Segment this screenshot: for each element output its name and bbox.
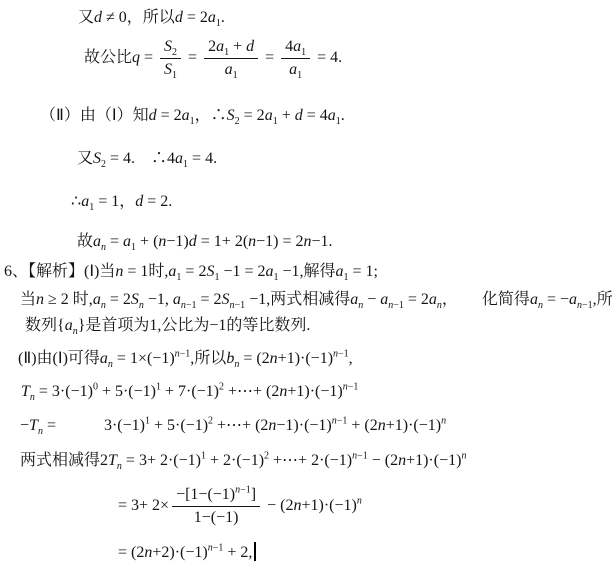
math-line-content: 两式相减得2Tn = 3+ 2·(−1)1 + 2·(−1)2 +⋯+ 2·(−… bbox=[20, 452, 466, 469]
subscript: n bbox=[358, 300, 363, 311]
math-line-content: 又S2 = 4. ∴4a1 = 4. bbox=[77, 150, 217, 167]
fraction-numerator: −[1−(−1)n−1] bbox=[172, 484, 260, 507]
math-line[interactable]: （Ⅱ）由（Ⅰ）知d = 2a1，∴S2 = 2a1 + d = 4a1. bbox=[40, 104, 345, 128]
subscript: n bbox=[38, 426, 43, 437]
superscript: n−1 bbox=[333, 349, 349, 360]
subscript: n−1 bbox=[388, 300, 404, 311]
fraction-denominator: S1 bbox=[160, 59, 181, 81]
math-line[interactable]: 又S2 = 4. ∴4a1 = 4. bbox=[77, 147, 217, 171]
subscript: 1 bbox=[224, 47, 229, 58]
subscript: 1 bbox=[176, 272, 181, 283]
math-line[interactable]: = 3+ 2×−[1−(−1)n−1]1−(−1) − (2n+1)·(−1)n bbox=[118, 484, 362, 529]
subscript: n bbox=[108, 359, 113, 370]
superscript: n bbox=[357, 496, 362, 507]
superscript: 2 bbox=[264, 451, 269, 462]
subscript: 1 bbox=[216, 18, 221, 29]
subscript: n bbox=[101, 242, 106, 253]
fraction-denominator: a1 bbox=[285, 59, 306, 81]
fraction-denominator: a1 bbox=[221, 59, 242, 81]
fraction: −[1−(−1)n−1]1−(−1) bbox=[172, 484, 260, 529]
math-line[interactable]: 两式相减得2Tn = 3+ 2·(−1)1 + 2·(−1)2 +⋯+ 2·(−… bbox=[20, 449, 466, 473]
math-line[interactable]: ∴a1 = 1，d = 2. bbox=[71, 190, 172, 214]
math-line-content: ∴a1 = 1，d = 2. bbox=[71, 193, 172, 210]
subscript: n−1 bbox=[230, 300, 246, 311]
subscript: n bbox=[117, 461, 122, 472]
subscript: 1 bbox=[336, 116, 341, 127]
superscript: 2 bbox=[208, 416, 213, 427]
subscript: 1 bbox=[172, 70, 177, 81]
math-line[interactable]: 故公比q = S2S1 = 2a1 + da1 = 4a1a1 = 4. bbox=[84, 36, 342, 81]
subscript: 1 bbox=[233, 70, 238, 81]
subscript: n bbox=[437, 300, 442, 311]
subscript: 1 bbox=[131, 242, 136, 253]
superscript: n−1 bbox=[208, 543, 224, 554]
superscript: n−1 bbox=[235, 485, 251, 496]
superscript: n bbox=[441, 416, 446, 427]
math-line[interactable]: = (2n+2)·(−1)n−1 + 2, bbox=[118, 541, 256, 565]
math-line-content: 当n ≥ 2 时,an = 2Sn −1, an−1 = 2Sn−1 −1,两式… bbox=[20, 291, 612, 308]
subscript: 1 bbox=[190, 116, 195, 127]
math-line-content: （Ⅱ）由（Ⅰ）知d = 2a1，∴S2 = 2a1 + d = 4a1. bbox=[40, 107, 345, 124]
subscript: n bbox=[139, 300, 144, 311]
solution-document[interactable]: 又d ≠ 0，所以d = 2a1. 故公比q = S2S1 = 2a1 + da… bbox=[0, 0, 612, 573]
fraction: 2a1 + da1 bbox=[204, 36, 258, 81]
subscript: 2 bbox=[101, 159, 106, 170]
math-line-content: 6、【解析】(Ⅰ)当n = 1时,a1 = 2S1 −1 = 2a1 −1,解得… bbox=[4, 263, 378, 280]
subscript: 1 bbox=[274, 272, 279, 283]
math-line-content: (Ⅱ)由(Ⅰ)可得an = 1×(−1)n−1,所以bn = (2n+1)·(−… bbox=[18, 350, 353, 367]
superscript: n−1 bbox=[332, 416, 348, 427]
subscript: n−1 bbox=[577, 300, 593, 311]
math-line[interactable]: Tn = 3·(−1)0 + 5·(−1)1 + 7·(−1)2 +⋯+ (2n… bbox=[21, 380, 358, 404]
fraction-numerator: 4a1 bbox=[281, 36, 310, 59]
subscript: n−1 bbox=[181, 300, 197, 311]
subscript: 1 bbox=[301, 47, 306, 58]
math-line[interactable]: 数列{an}是首项为1,公比为−1的等比数列. bbox=[25, 314, 310, 338]
math-line-content: 故an = a1 + (n−1)d = 1+ 2(n−1) = 2n−1. bbox=[77, 233, 333, 250]
math-line-content: = (2n+2)·(−1)n−1 + 2, bbox=[118, 544, 252, 561]
math-line[interactable]: 故an = a1 + (n−1)d = 1+ 2(n−1) = 2n−1. bbox=[77, 230, 333, 254]
subscript: 1 bbox=[89, 202, 94, 213]
subscript: n bbox=[73, 326, 78, 337]
subscript: 2 bbox=[235, 116, 240, 127]
math-line-content: 又d ≠ 0，所以d = 2a1. bbox=[78, 9, 225, 26]
superscript: n−1 bbox=[175, 349, 191, 360]
subscript: 1 bbox=[344, 272, 349, 283]
superscript: 1 bbox=[145, 416, 150, 427]
subscript: 2 bbox=[172, 47, 177, 58]
fraction-denominator: 1−(−1) bbox=[190, 507, 243, 529]
math-line[interactable]: (Ⅱ)由(Ⅰ)可得an = 1×(−1)n−1,所以bn = (2n+1)·(−… bbox=[18, 347, 353, 371]
subscript: n bbox=[30, 392, 35, 403]
math-line-content: 故公比q = S2S1 = 2a1 + da1 = 4a1a1 = 4. bbox=[84, 49, 342, 66]
math-line[interactable]: 6、【解析】(Ⅰ)当n = 1时,a1 = 2S1 −1 = 2a1 −1,解得… bbox=[4, 260, 378, 284]
superscript: 2 bbox=[219, 382, 224, 393]
fraction-numerator: S2 bbox=[160, 36, 181, 59]
superscript: 1 bbox=[156, 382, 161, 393]
math-line-content: Tn = 3·(−1)0 + 5·(−1)1 + 7·(−1)2 +⋯+ (2n… bbox=[21, 383, 358, 400]
subscript: 1 bbox=[273, 116, 278, 127]
math-line-content: −Tn = 3·(−1)1 + 5·(−1)2 +⋯+ (2n−1)·(−1)n… bbox=[20, 417, 446, 434]
superscript: n bbox=[461, 451, 466, 462]
superscript: n−1 bbox=[352, 451, 368, 462]
subscript: 1 bbox=[183, 159, 188, 170]
fraction: 4a1a1 bbox=[281, 36, 310, 81]
superscript: n−1 bbox=[343, 382, 359, 393]
subscript: n bbox=[101, 300, 106, 311]
math-line-content: 数列{an}是首项为1,公比为−1的等比数列. bbox=[25, 317, 310, 334]
math-line[interactable]: 当n ≥ 2 时,an = 2Sn −1, an−1 = 2Sn−1 −1,两式… bbox=[20, 288, 612, 312]
subscript: n bbox=[538, 300, 543, 311]
subscript: 1 bbox=[214, 272, 219, 283]
subscript: 1 bbox=[297, 70, 302, 81]
math-line-content: = 3+ 2×−[1−(−1)n−1]1−(−1) − (2n+1)·(−1)n bbox=[118, 497, 362, 514]
superscript: 1 bbox=[201, 451, 206, 462]
superscript: 0 bbox=[93, 382, 98, 393]
math-line[interactable]: −Tn = 3·(−1)1 + 5·(−1)2 +⋯+ (2n−1)·(−1)n… bbox=[20, 414, 446, 438]
fraction: S2S1 bbox=[160, 36, 181, 81]
math-line[interactable]: 又d ≠ 0，所以d = 2a1. bbox=[78, 6, 225, 30]
text-cursor bbox=[254, 542, 256, 561]
fraction-numerator: 2a1 + d bbox=[204, 36, 258, 59]
subscript: n bbox=[234, 359, 239, 370]
